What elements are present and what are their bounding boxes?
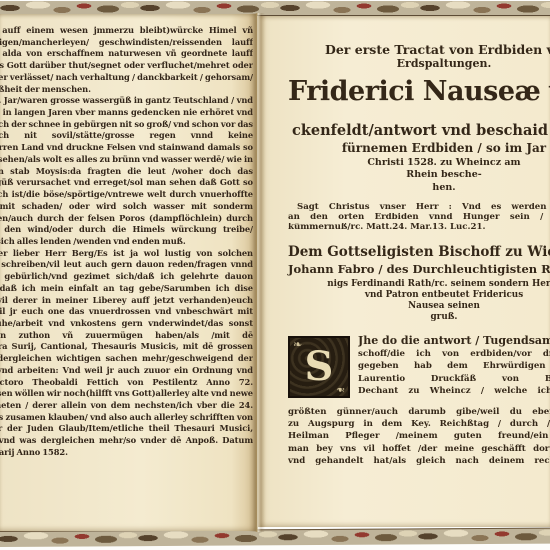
dedication-line5: Nausea seinen <box>288 301 550 311</box>
title-main: Friderici Nauseæ võ Bla <box>288 76 550 107</box>
body-beside-lines: schoff/die ich von erdbiden/vor dreyen j… <box>358 348 550 398</box>
text-line: ometen / derer allein von dem nechsten/i… <box>0 400 253 412</box>
text-line: nuarij Anno 1582. <box>0 447 253 459</box>
title-line3: fürnemen Erdbiden / so im Jar <box>288 141 550 155</box>
text-line: boßheit der menschen. <box>0 84 253 96</box>
text-line: kümmernuß/rc. Matt.24. Mar.13. Luc.21. <box>288 223 550 233</box>
tract-header-line2: Erdspaltungen. <box>288 57 550 70</box>
text-line: vnd gehandelt hat/als gleich nach deinem… <box>288 455 550 467</box>
text-line: gegeben hab dem Ehrwürdigen vnd E <box>358 360 550 372</box>
flourish-icon: ❧ <box>336 383 345 396</box>
text-line: assen wöllen wir noch(hilfft vns Gott)al… <box>0 388 253 400</box>
title-line2: ckenfeldt/antwort vnd beschaid von e <box>288 122 550 139</box>
text-line: ch den wind/oder durch die Himels würcku… <box>0 224 253 236</box>
body-first-line: Jhe do die antwort / Tugendsam <box>358 334 550 347</box>
body-full-width-lines: größten günner/auch darumb gibe/weil du … <box>288 406 550 467</box>
left-page: er auff einem wesen jmmerzu bleibt)würck… <box>0 14 257 531</box>
text-line: ls daß ich mein einfalt an tag gebe/Saru… <box>0 283 253 295</box>
dedication-line1: Dem Gottseligisten Bischoff zu Wienn <box>288 244 550 260</box>
dedication-line6: gruß. <box>288 312 550 322</box>
left-page-text-block: er auff einem wesen jmmerzu bleibt)würck… <box>0 25 253 459</box>
body-beside-dropcap: Jhe do die antwort / Tugendsam schoff/di… <box>358 334 550 398</box>
text-line: den stab Moysis:da fragten die leut /woh… <box>0 166 253 178</box>
text-line: eltigen/mancherleyen/ geschwindisten/rei… <box>0 37 253 49</box>
text-line: Doctoro Theobaldi Fettich von Pestilentz… <box>0 377 253 389</box>
text-line: ist gebürlich/vnd gezimet sich/daß ich g… <box>0 271 253 283</box>
text-line: cher lieber Herr Berg/Es ist ja wol lust… <box>0 248 253 260</box>
text-line: als in langen Jaren vber manns gedencken… <box>0 107 253 119</box>
text-line: ber der Juden Glaub/Item/etliche theil T… <box>0 423 253 435</box>
dedication-line4: vnd Patron entbeutet Fridericus <box>288 290 550 300</box>
text-line: schoff/die ich von erdbiden/vor dreyen j… <box>358 348 550 360</box>
text-line: größten günner/auch darumb gibe/weil du … <box>288 406 550 418</box>
dedication-line2: Johann Fabro / des Durchleuchtigisten Rö… <box>288 262 550 276</box>
right-page: Der erste Tractat von Erdbiden vn Erdspa… <box>258 16 550 527</box>
text-line: ff sich alles lenden /wenden vnd enden m… <box>0 236 253 248</box>
text-line: doch der schnee in gebürgen nit so groß/… <box>0 119 253 131</box>
text-line: an den orten Erdbiden vnnd Hunger sein /… <box>288 213 550 223</box>
text-line: was Gott darüber thut/segnet oder verflu… <box>0 60 253 72</box>
book-photo: er auff einem wesen jmmerzu bleibt)würck… <box>0 0 550 550</box>
text-line: zu schreiben/vil leut auch gern dauon re… <box>0 259 253 271</box>
text-line: ge alda von erschaffnem naturwesen vñ ge… <box>0 48 253 60</box>
text-line: gesehen/als wolt es alles zu brünn vnd w… <box>0 154 253 166</box>
text-line: Laurentio Druckfäß von Bumersend <box>358 373 550 385</box>
book-gutter <box>249 13 265 532</box>
text-line: Sagt Christus vnser Herr : Vnd es werden… <box>288 203 550 213</box>
text-line: Dechant zu Wheincz / welche ich jetzt d <box>358 385 550 397</box>
text-line: sovil derer in meiner Liberey auff jetzt… <box>0 295 253 307</box>
tract-header-line1: Der erste Tractat von Erdbiden vn <box>288 42 550 57</box>
text-line: zu Augspurg in dem Key. Reichßtag / durc… <box>288 418 550 430</box>
text-line: mühe/arbeit vnd vnkostens gern vnderwind… <box>0 318 253 330</box>
text-line: ui,vnd was dergleichen mehr/so vnder dē … <box>0 435 253 447</box>
dedication-line3: nigs Ferdinandi Rath/rc. seinem sondern … <box>288 279 550 289</box>
title-line5: Rhein besche- <box>288 169 550 180</box>
text-line: e güß verursachet vnd erreget/sol man se… <box>0 177 253 189</box>
flourish-icon: ❧ <box>293 338 302 351</box>
text-line: rlich ist/die böse/spörtige/vntrewe welt… <box>0 189 253 201</box>
title-line4: Christi 1528. zu Wheincz am <box>288 157 550 168</box>
woodcut-initial: ❧ S ❧ <box>288 336 350 398</box>
scripture-quote: Sagt Christus vnser Herr : Vnd es werden… <box>288 203 550 232</box>
text-line: n vnd arbeiten: Vnd weil jr auch zuuor e… <box>0 365 253 377</box>
text-line: pera Surij, Cantional, Thesauris Musicis… <box>0 341 253 353</box>
text-line: rten zuthon vñ zuuermügen haben/als /mit… <box>0 330 253 342</box>
text-line: Heilman Pfleger /meinem guten freund/ein… <box>288 430 550 442</box>
text-line: 72. Jar/waren grosse wassergüß in gantz … <box>0 95 253 107</box>
text-line: auch nit sovil/stätte/grosse regen vnnd … <box>0 130 253 142</box>
text-line: er auff einem wesen jmmerzu bleibt)würck… <box>0 25 253 37</box>
text-line: rden/auch durch der felsen Poros (dampfl… <box>0 213 253 225</box>
text-line: man bey vns vil hoffet /der meine geschä… <box>288 443 550 455</box>
text-line: oder verlässet/ nach verhaltung / danckb… <box>0 72 253 84</box>
text-line: weil jr euch one das vnuerdrossen vnd vn… <box>0 306 253 318</box>
text-line: pus zusamen klauben/ vnd also auch aller… <box>0 412 253 424</box>
text-line: n mit schaden/ oder wird solch wasser mi… <box>0 201 253 213</box>
text-line: dürren Land vnd druckne Felsen vnd stain… <box>0 142 253 154</box>
title-line6: hen. <box>288 182 550 193</box>
text-line: d dergleichen wichtigen sachen mehr/gesc… <box>0 353 253 365</box>
